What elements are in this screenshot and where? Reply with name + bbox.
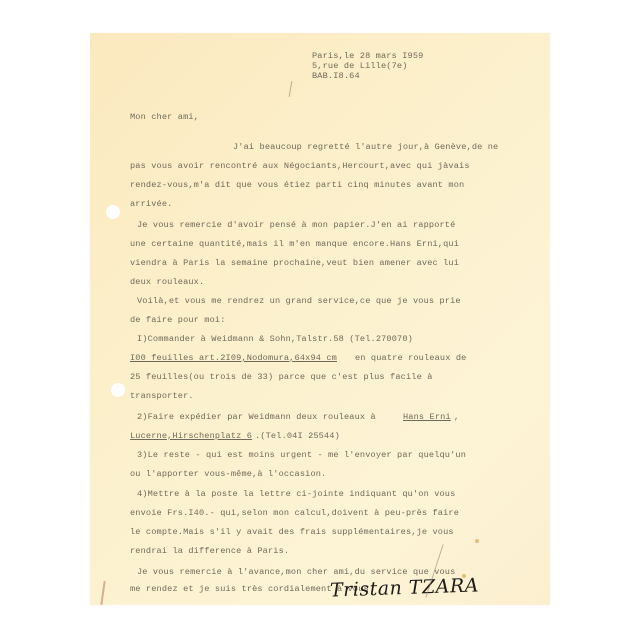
body-line: de faire pour moi: (130, 316, 226, 325)
stain-spot (475, 539, 479, 543)
body-line: 25 feuilles(ou trois de 33) parce que c'… (130, 373, 433, 382)
item-2: 2)Faire expédier par Weidmann deux roule… (137, 413, 381, 422)
body-line: Voilà,et vous me rendrez un grand servic… (137, 297, 461, 306)
recipient-name: Hans Erni (403, 413, 451, 422)
punch-hole-top (106, 205, 120, 219)
header-phone: BAB.I8.64 (312, 72, 360, 81)
letter-page: Paris,le 28 mars I959 5,rue de Lille(7e)… (90, 33, 550, 605)
body-line: rendez-vous,m'a dit que vous étiez parti… (130, 181, 464, 190)
item-1: I)Commander à Weidmann & Sohn,Talstr.58 … (137, 335, 413, 344)
body-line: pas vous avoir rencontré aux Négociants,… (130, 162, 470, 171)
body-line: envoie Frs.I40.- qui,selon mon calcul,do… (130, 509, 459, 518)
recipient-address: Lucerne,Hirschenplatz 6 (130, 432, 252, 441)
salutation: Mon cher ami, (130, 113, 199, 122)
body-line: J'ai beaucoup regretté l'autre jour,à Ge… (233, 143, 498, 152)
header-address: 5,rue de Lille(7e) (312, 62, 408, 71)
body-line: en quatre rouleaux de (355, 354, 466, 363)
body-line: ou l'apporter vous-même,à l'occasion. (130, 470, 326, 479)
stain-spot (462, 574, 466, 578)
signature: Tristan TZARA (330, 574, 480, 601)
red-pencil-mark (100, 581, 105, 605)
body-line: rendrai la difference à Paris. (130, 547, 289, 556)
closing-line: Je vous remercie à l'avance,mon cher ami… (137, 568, 455, 577)
item-3: 3)Le reste - qui est moins urgent - me l… (137, 451, 466, 460)
paper-spec: I00 feuilles art.2I09,Nodomura,64x94 cm (130, 354, 337, 363)
body-line: une certaine quantité,mais il m'en manqu… (130, 240, 459, 249)
body-line: deux rouleaux. (130, 278, 204, 287)
body-line: viendra à Paris la semaine prochaine,veu… (130, 259, 459, 268)
body-line: transporter. (130, 392, 194, 401)
header-date: Paris,le 28 mars I959 (312, 52, 423, 61)
pencil-mark (289, 81, 293, 97)
punch-hole-bottom (111, 383, 125, 397)
body-line: Je vous remercie d'avoir pensé à mon pap… (137, 221, 455, 230)
recipient-phone: .(Tel.04I 25544) (255, 432, 340, 441)
body-line: le compte.Mais s'il y avait des frais su… (130, 528, 454, 537)
item-4: 4)Mettre à la poste la lettre ci-jointe … (137, 490, 455, 499)
comma: , (454, 413, 459, 422)
body-line: arrivée. (130, 200, 172, 209)
